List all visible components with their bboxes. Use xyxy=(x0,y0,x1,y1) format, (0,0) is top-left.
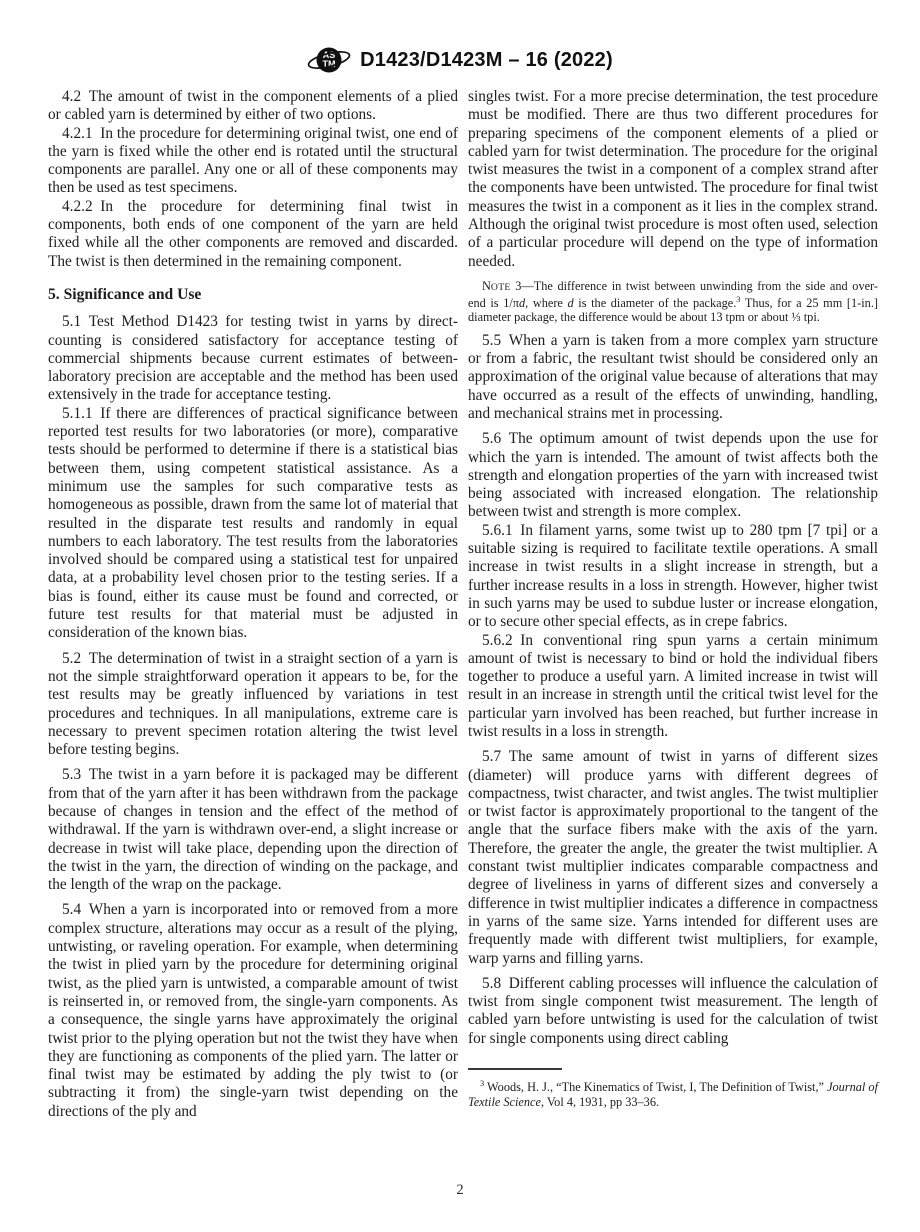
paragraph: 5.1.1 If there are differences of practi… xyxy=(48,405,458,643)
text-columns: 4.2 The amount of twist in the component… xyxy=(48,88,878,1121)
footnote: 3 Woods, H. J., “The Kinematics of Twist… xyxy=(468,1080,878,1110)
right-column: singles twist. For a more precise determ… xyxy=(468,88,878,1121)
text-run: , where xyxy=(525,296,567,310)
text-run: Woods, H. J., “The Kinematics of Twist, … xyxy=(484,1080,827,1094)
astm-logo-icon: AS TM xyxy=(307,44,351,76)
text-run: OTE xyxy=(491,282,511,293)
document-page: AS TM D1423/D1423M – 16 (2022) 4.2 The a… xyxy=(0,0,920,1232)
paragraph: 5.6 The optimum amount of twist depends … xyxy=(468,430,878,521)
paragraph: 5.6.1 In filament yarns, some twist up t… xyxy=(468,522,878,632)
text-run: is the diameter of the package. xyxy=(574,296,737,310)
paragraph: 4.2 The amount of twist in the component… xyxy=(48,88,458,125)
right-column-blocks: singles twist. For a more precise determ… xyxy=(468,88,878,1048)
paragraph: 5.1 Test Method D1423 for testing twist … xyxy=(48,313,458,404)
note-paragraph: NOTE 3—The difference in twist between u… xyxy=(468,279,878,325)
paragraph: 5.4 When a yarn is incorporated into or … xyxy=(48,901,458,1121)
paragraph: singles twist. For a more precise determ… xyxy=(468,88,878,271)
document-header: AS TM D1423/D1423M – 16 (2022) xyxy=(0,44,920,76)
paragraph: 5.7 The same amount of twist in yarns of… xyxy=(468,748,878,968)
document-title: D1423/D1423M – 16 (2022) xyxy=(360,49,613,72)
paragraph: 5.8 Different cabling processes will inf… xyxy=(468,975,878,1048)
paragraph: 4.2.2 In the procedure for determining f… xyxy=(48,198,458,271)
footnote-area: 3 Woods, H. J., “The Kinematics of Twist… xyxy=(468,1068,878,1110)
paragraph: 5.5 When a yarn is taken from a more com… xyxy=(468,332,878,423)
paragraph: 5.3 The twist in a yarn before it is pac… xyxy=(48,766,458,894)
paragraph: 5.2 The determination of twist in a stra… xyxy=(48,650,458,760)
paragraph: 4.2.1 In the procedure for determining o… xyxy=(48,125,458,198)
footnote-divider xyxy=(468,1068,562,1070)
text-run: N xyxy=(482,279,491,293)
page-number: 2 xyxy=(0,1182,920,1199)
left-column-blocks: 4.2 The amount of twist in the component… xyxy=(48,88,458,1121)
left-column: 4.2 The amount of twist in the component… xyxy=(48,88,458,1121)
section-heading: 5. Significance and Use xyxy=(48,286,458,304)
paragraph: 5.6.2 In conventional ring spun yarns a … xyxy=(468,632,878,742)
text-run: , Vol 4, 1931, pp 33–36. xyxy=(541,1095,659,1109)
